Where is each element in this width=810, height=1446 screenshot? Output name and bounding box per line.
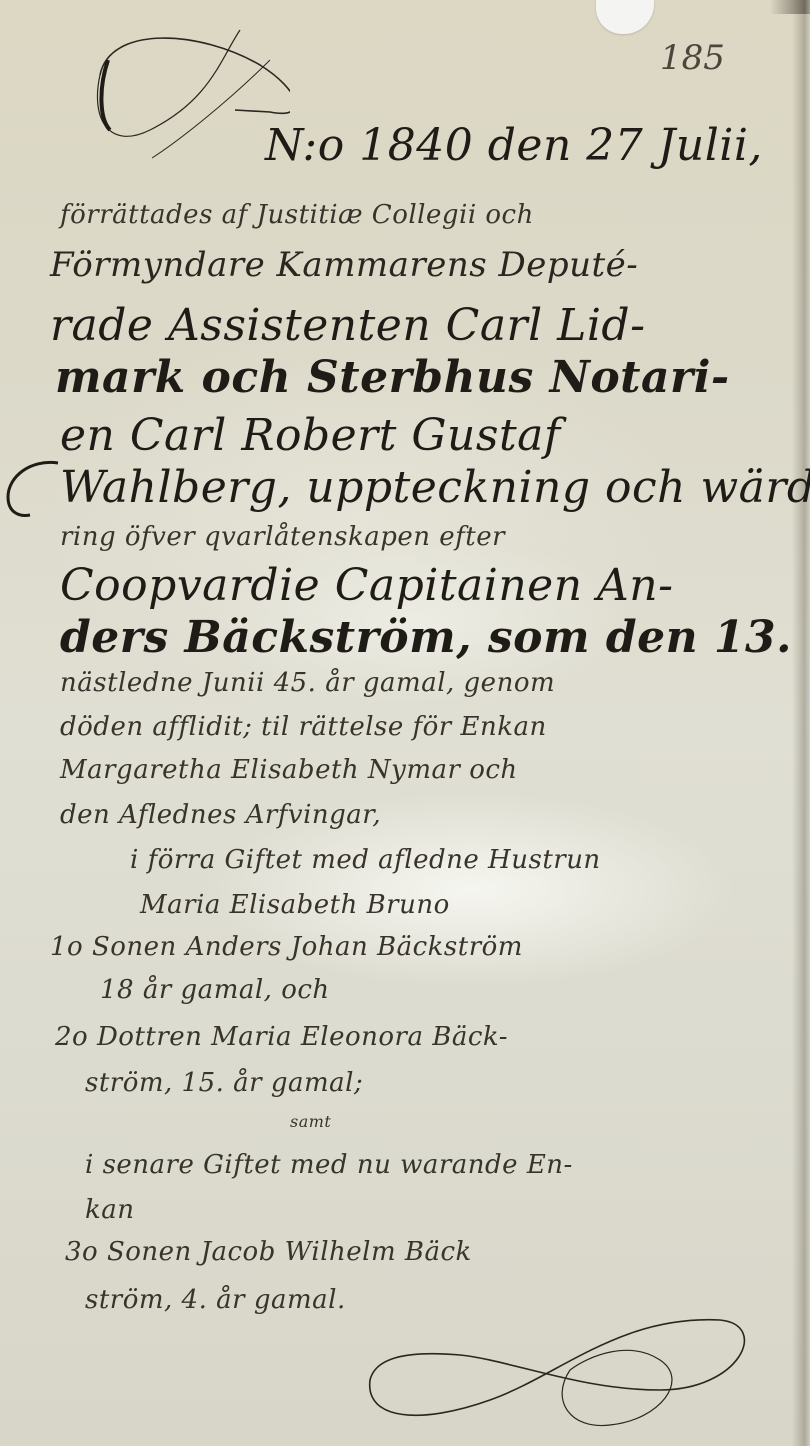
text-line: nästledne Junii 45. år gamal, genom	[60, 668, 555, 698]
text-line: i senare Giftet med nu warande En-	[85, 1150, 573, 1180]
top-flourish-icon	[90, 20, 290, 170]
text-line: Margaretha Elisabeth Nymar och	[60, 755, 518, 785]
text-line: 3o Sonen Jacob Wilhelm Bäck	[65, 1237, 472, 1267]
text-line: den Aflednes Arfvingar,	[60, 800, 381, 830]
bottom-flourish-icon	[360, 1310, 760, 1446]
text-line: mark och Sterbhus Notari-	[55, 352, 730, 403]
text-line: Maria Elisabeth Bruno	[140, 890, 450, 920]
text-line: döden afflidit; til rättelse för Enkan	[60, 712, 547, 742]
text-line: Förmyndare Kammarens Deputé-	[50, 245, 638, 285]
page-binding-edge	[792, 0, 810, 1446]
text-line: ders Bäckström, som den 13.	[60, 612, 792, 663]
manuscript-page: 185 N:o 1840 den 27 Julii, förrättades a…	[0, 0, 810, 1446]
text-line: 1o Sonen Anders Johan Bäckström	[50, 932, 523, 962]
entry-heading: N:o 1840 den 27 Julii,	[265, 120, 763, 171]
text-line: 18 år gamal, och	[100, 975, 330, 1005]
text-line: 2o Dottren Maria Eleonora Bäck-	[55, 1022, 508, 1052]
text-line: Wahlberg, uppteckning och wärde-	[60, 462, 810, 513]
text-line: ström, 15. år gamal;	[85, 1068, 363, 1098]
text-line: rade Assistenten Carl Lid-	[50, 300, 645, 351]
paper-tab	[596, 0, 654, 34]
number-prefix: N:o	[265, 120, 345, 171]
text-line: Coopvardie Capitainen An-	[60, 560, 674, 611]
entry-date: den 27 Julii,	[488, 120, 763, 171]
page-number: 185	[660, 38, 725, 78]
text-line: kan	[85, 1195, 135, 1225]
text-line: samt	[290, 1112, 331, 1131]
entry-year: 1840	[359, 120, 473, 171]
text-line: ring öfver qvarlåtenskapen efter	[60, 522, 505, 552]
text-line: i förra Giftet med afledne Hustrun	[130, 845, 601, 875]
text-line: en Carl Robert Gustaf	[60, 410, 561, 461]
text-line: ström, 4. år gamal.	[85, 1285, 346, 1315]
text-line: förrättades af Justitiæ Collegii och	[60, 200, 534, 230]
